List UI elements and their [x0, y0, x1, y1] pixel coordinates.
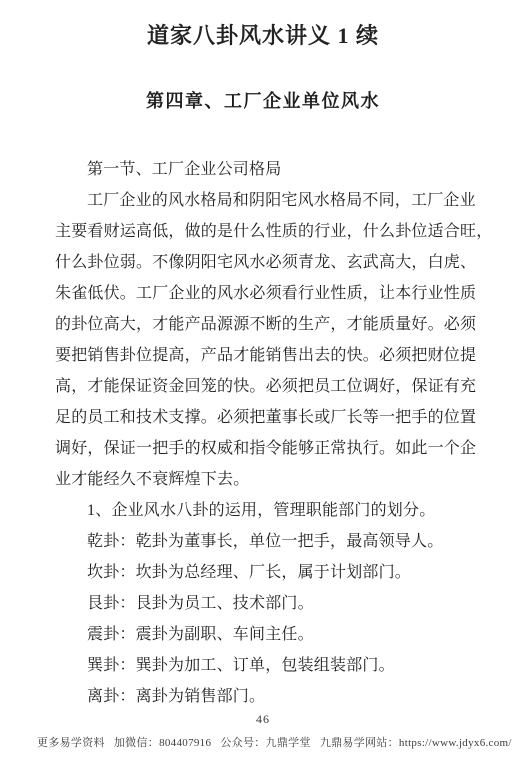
paragraph-text-line: 要把销售卦位提高，产品才能销售出去的快。必须把财位提	[55, 340, 476, 371]
footer-wechat-label: 加微信：	[114, 737, 159, 749]
paragraph-text-line: 高，才能保证资金回笼的快。必须把员工位调好，保证有充	[55, 371, 476, 402]
trigram-role-item: 离卦：离卦为销售部门。	[55, 681, 476, 712]
trigram-role-item: 乾卦：乾卦为董事长，单位一把手，最高领导人。	[55, 526, 476, 557]
trigram-role-item: 震卦：震卦为副职、车间主任。	[55, 619, 476, 650]
footer-account-label: 公众号：	[220, 737, 265, 749]
footer-promo-label: 更多易学资料	[37, 737, 105, 749]
paragraph-text-line: 的卦位高大，才能产品源源不断的生产，才能质量好。必须	[55, 309, 476, 340]
paragraph-text-line: 主要看财运高低，做的是什么性质的行业，什么卦位适合旺，	[55, 216, 476, 247]
trigram-role-item: 艮卦：艮卦为员工、技术部门。	[55, 588, 476, 619]
trigram-role-list: 乾卦：乾卦为董事长，单位一把手，最高领导人。坎卦：坎卦为总经理、厂长，属于计划部…	[55, 526, 476, 712]
footer: 更多易学资料 加微信：804407916 公众号：九鼎学堂 九鼎易学网站：htt…	[37, 736, 497, 751]
chapter-heading: 第四章、工厂企业单位风水	[0, 89, 526, 114]
footer-account-name: 九鼎学堂	[266, 737, 311, 749]
paragraph-text-line: 足的员工和技术支撑。必须把董事长或厂长等一把手的位置	[55, 402, 476, 433]
footer-website-label: 九鼎易学网站：	[320, 737, 399, 749]
numbered-list-heading: 1、企业风水八卦的运用，管理职能部门的划分。	[55, 495, 476, 526]
paragraph-text-line: 什么卦位弱。不像阴阳宅风水必须青龙、玄武高大，白虎、	[55, 247, 476, 278]
trigram-role-item: 坎卦：坎卦为总经理、厂长，属于计划部门。	[55, 557, 476, 588]
trigram-role-item: 巽卦：巽卦为加工、订单，包装组装部门。	[55, 650, 476, 681]
paragraph-text-line: 工厂企业的风水格局和阴阳宅风水格局不同，工厂企业	[55, 185, 476, 216]
footer-website-url: https://www.jdyx6.com/	[399, 737, 512, 749]
page-number: 46	[0, 712, 526, 727]
document-page: 道家八卦风水讲义 1 续 第四章、工厂企业单位风水 第一节、工厂企业公司格局 工…	[0, 0, 526, 761]
paragraph-text-line: 调好，保证一把手的权威和指令能够正常执行。如此一个企	[55, 433, 476, 464]
body-paragraph: 工厂企业的风水格局和阴阳宅风水格局不同，工厂企业主要看财运高低，做的是什么性质的…	[55, 185, 476, 495]
footer-wechat-id: 804407916	[159, 737, 211, 749]
document-title: 道家八卦风水讲义 1 续	[0, 0, 526, 51]
section-heading: 第一节、工厂企业公司格局	[55, 154, 476, 185]
paragraph-text-line: 朱雀低伏。工厂企业的风水必须看行业性质，让本行业性质	[55, 278, 476, 309]
paragraph-text-line: 业才能经久不衰辉煌下去。	[55, 464, 476, 495]
document-body: 第一节、工厂企业公司格局 工厂企业的风水格局和阴阳宅风水格局不同，工厂企业主要看…	[55, 154, 476, 712]
